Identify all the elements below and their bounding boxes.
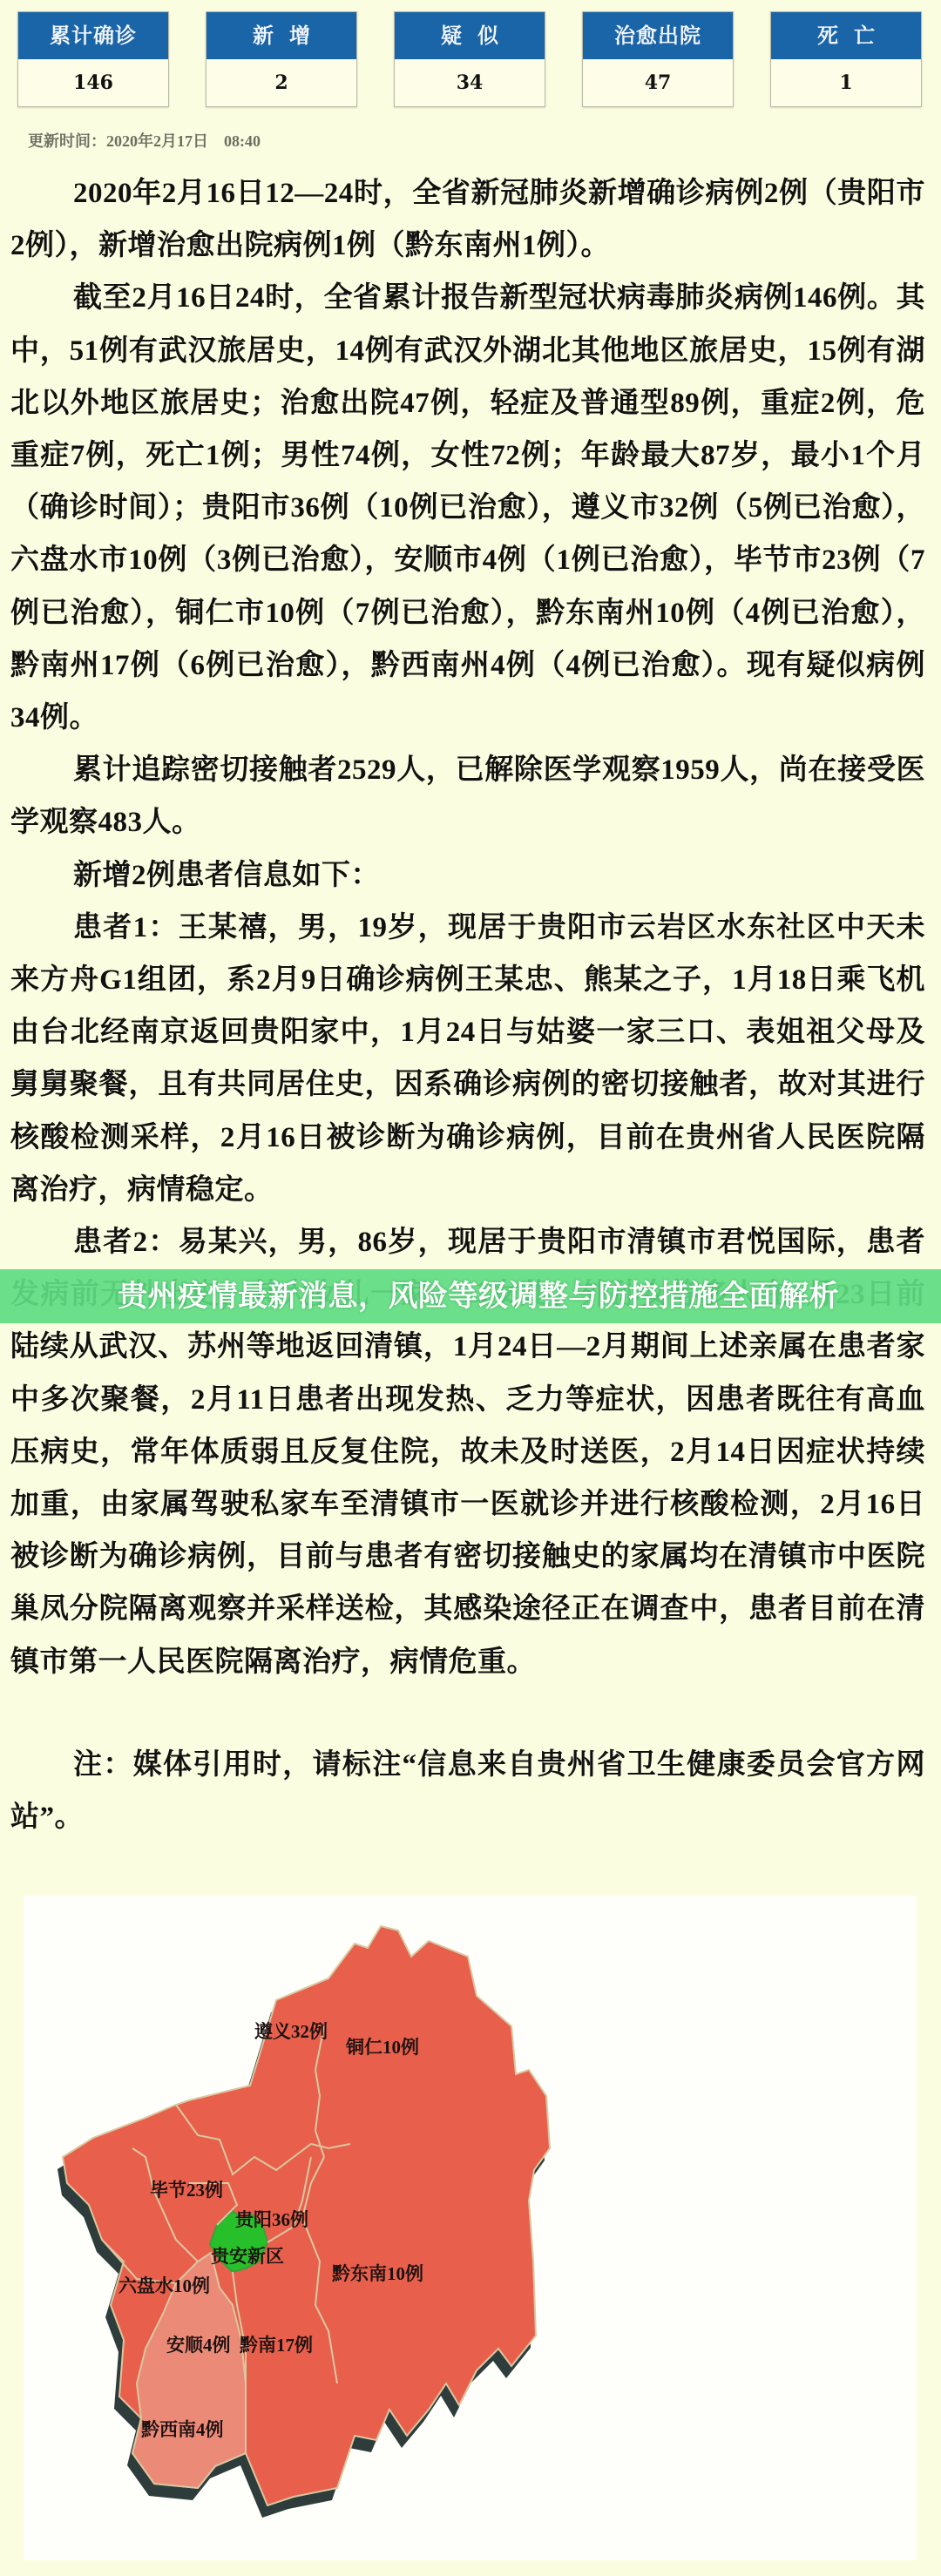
map-label-zunyi: 遵义32例 [254,2018,328,2044]
stat-new: 新增 2 [206,11,357,107]
headline-banner: 贵州疫情最新消息，风险等级调整与防控措施全面解析 [0,1269,941,1323]
map-label-anshun: 安顺4例 [166,2331,231,2357]
article-body: 2020年2月16日12—24时，全省新冠肺炎新增确诊病例2例（贵阳市2例），新… [10,167,925,1843]
map-label-bijie: 毕节23例 [150,2176,223,2202]
paragraph-daily-new: 2020年2月16日12—24时，全省新冠肺炎新增确诊病例2例（贵阳市2例），新… [10,167,925,272]
stat-recovered: 治愈出院 47 [582,11,734,107]
paragraph-patient-1: 患者1：王某禧，男，19岁，现居于贵阳市云岩区水东社区中天未来方舟G1组团，系2… [10,902,925,1216]
paragraph-contacts: 累计追踪密切接触者2529人，已解除医学观察1959人，尚在接受医学观察483人… [10,744,925,849]
stat-label: 疑似 [395,12,545,59]
map-label-liupanshui: 六盘水10例 [118,2272,210,2298]
stat-deaths: 死亡 1 [770,11,922,107]
paragraph-media-note: 注：媒体引用时，请标注“信息来自贵州省卫生健康委员会官方网站”。 [10,1739,925,1843]
stat-value: 34 [395,59,545,106]
stat-value: 2 [206,59,356,106]
stat-cumulative-confirmed: 累计确诊 146 [17,11,169,107]
map-graphic [24,1896,917,2560]
update-timestamp: 更新时间：2020年2月17日 08:40 [28,129,261,152]
guizhou-case-map: 遵义32例 铜仁10例 毕节23例 贵阳36例 贵安新区 六盘水10例 黔东南1… [24,1896,917,2560]
map-label-qianxinan: 黔西南4例 [141,2416,224,2442]
stat-value: 146 [18,59,168,106]
map-label-guian-new-area: 贵安新区 [211,2242,284,2268]
headline-title: 贵州疫情最新消息，风险等级调整与防控措施全面解析 [118,1269,839,1323]
paragraph-new-patients-heading: 新增2例患者信息如下： [10,849,925,902]
stat-suspected: 疑似 34 [394,11,545,107]
stat-value: 47 [583,59,733,106]
paragraph-cumulative: 截至2月16日24时，全省累计报告新型冠状病毒肺炎病例146例。其中，51例有武… [10,272,925,744]
stat-label: 累计确诊 [18,12,168,59]
map-label-guiyang: 贵阳36例 [235,2206,308,2232]
map-label-tongren: 铜仁10例 [346,2033,419,2059]
stat-label: 治愈出院 [583,12,733,59]
stats-header: 累计确诊 146 新增 2 疑似 34 治愈出院 47 死亡 1 [0,11,941,107]
stat-label: 死亡 [771,12,921,59]
map-label-qiannan: 黔南17例 [240,2331,313,2357]
stat-label: 新增 [206,12,356,59]
stat-value: 1 [771,59,921,106]
map-label-qiandongnan: 黔东南10例 [332,2260,423,2286]
